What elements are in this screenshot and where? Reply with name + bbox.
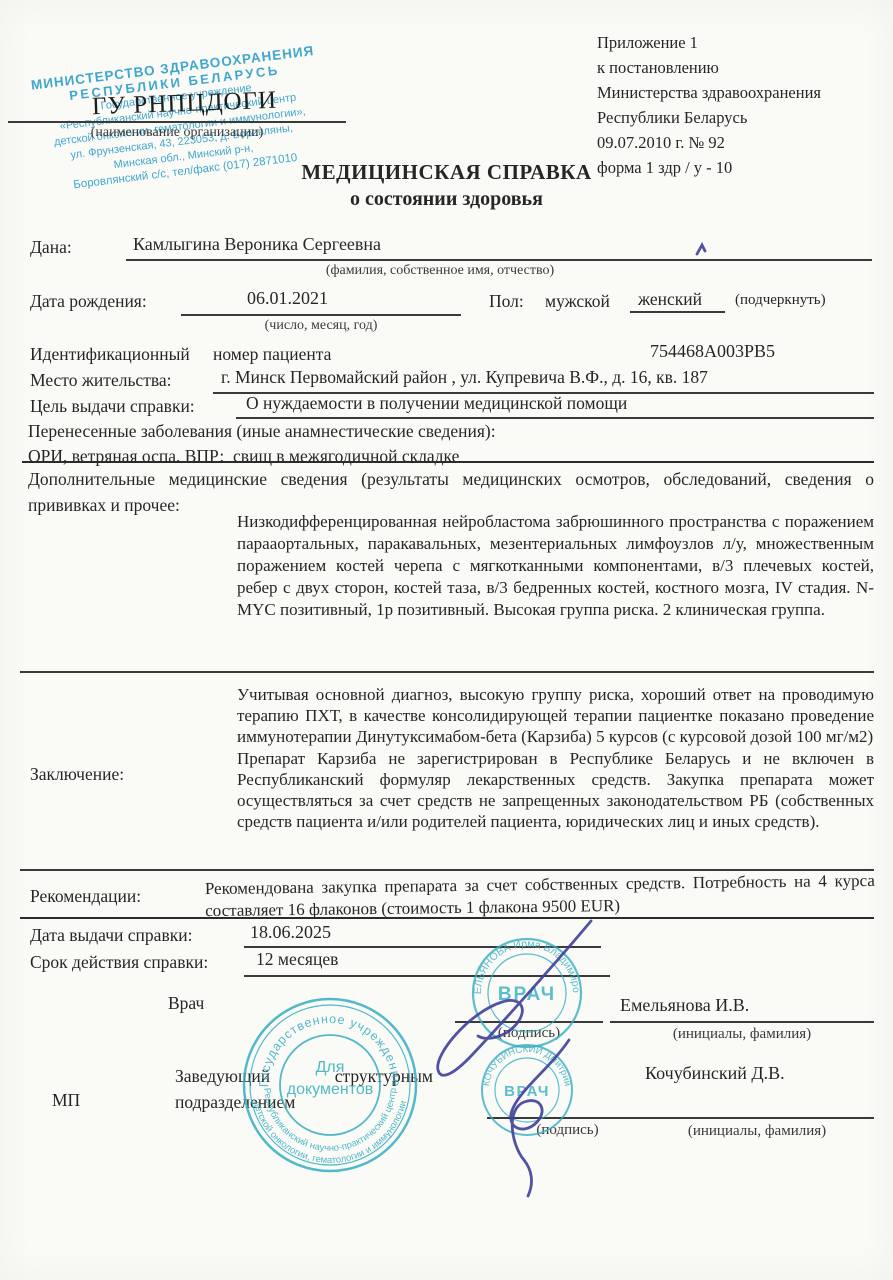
sex-female-option: женский — [638, 289, 702, 310]
section-rule-3 — [20, 917, 874, 919]
purpose-line — [236, 417, 874, 419]
patient-name-caption: (фамилия, собственное имя, отчество) — [240, 263, 640, 279]
conclusion-paragraph-1: Учитывая основной диагноз, высокую групп… — [237, 684, 874, 748]
sex-female-underline — [630, 311, 725, 313]
section-rule-1 — [20, 671, 874, 673]
patient-id-value: 754468A003PB5 — [650, 341, 775, 362]
text-line: 09.07.2010 г. № 92 — [597, 130, 821, 155]
medical-certificate-page: Приложение 1к постановлениюМинистерства … — [0, 0, 893, 1280]
head-sign-line — [487, 1117, 648, 1119]
diagnosis-text: Низкодифференцированная нейробластома за… — [237, 511, 874, 621]
issue-date-label: Дата выдачи справки: — [30, 925, 192, 946]
conclusion-label: Заключение: — [30, 764, 124, 785]
patient-name-line — [126, 259, 872, 261]
doctor-name-caption: (инициалы, фамилия) — [610, 1026, 874, 1043]
head-label: Заведующий структурным подразделением — [175, 1063, 433, 1115]
issue-date-line — [244, 946, 601, 948]
text-line: к постановлению — [597, 55, 821, 80]
organization-name-caption: (наименование организации) — [8, 125, 346, 141]
recommendations-label: Рекомендации: — [30, 886, 141, 907]
purpose-value: О нуждаемости в получении медицинской по… — [246, 393, 627, 414]
validity-value: 12 месяцев — [256, 949, 338, 970]
pen-mark — [697, 245, 705, 254]
id-label-b: номер пациента — [213, 344, 331, 365]
sex-label: Пол: — [489, 291, 524, 312]
conclusion-block: Учитывая основной диагноз, высокую групп… — [237, 684, 874, 832]
dob-label: Дата рождения: — [30, 291, 147, 312]
text-line: Республики Беларусь — [597, 105, 821, 130]
residence-label: Место жительства: — [30, 370, 172, 391]
patient-name: Камлыгина Вероника Сергеевна — [133, 234, 381, 255]
doctor-label: Врач — [168, 993, 204, 1014]
head-name-line — [640, 1117, 874, 1119]
sex-male-option: мужской — [545, 291, 610, 312]
id-label-a: Идентификационный — [30, 344, 190, 365]
document-subtitle: о состоянии здоровья — [0, 188, 893, 211]
doctor-name-line — [610, 1021, 874, 1023]
section-rule-2 — [20, 869, 874, 871]
svg-text:КОЧУБИНСКИЙ Дмитрий: КОЧУБИНСКИЙ Дмитрий — [481, 1044, 573, 1087]
purpose-label: Цель выдачи справки: — [30, 396, 195, 417]
validity-label: Срок действия справки: — [30, 952, 208, 973]
issue-date-value: 18.06.2025 — [250, 922, 331, 943]
dob-value: 06.01.2021 — [247, 288, 328, 309]
vrach-stamp-2-center: ВРАЧ — [504, 1083, 550, 1100]
given-label: Дана: — [30, 237, 72, 258]
head-sign-caption: (подпись) — [487, 1122, 648, 1139]
organization-name-line — [8, 121, 346, 123]
header-right-block: Приложение 1к постановлениюМинистерства … — [597, 30, 821, 180]
recommendations-value: Рекомендована закупка препарата за счет … — [205, 870, 875, 922]
vrach-stamp-1-center: ВРАЧ — [498, 984, 556, 1005]
dob-line — [181, 314, 461, 316]
conclusion-paragraph-2: Препарат Карзиба не зарегистрирован в Ре… — [237, 748, 874, 833]
doctor-sign-line — [455, 1021, 603, 1023]
anamnesis-value: ОРИ, ветряная оспа. ВПР: свищ в межягоди… — [28, 446, 459, 467]
doctor-sign-caption: (подпись) — [455, 1025, 603, 1042]
validity-line — [244, 975, 610, 977]
doctor-name: Емельянова И.В. — [620, 995, 749, 1016]
text-line: Министерства здравоохранения — [597, 80, 821, 105]
head-name-caption: (инициалы, фамилия) — [640, 1123, 874, 1140]
anamnesis-rule — [22, 461, 874, 463]
mp-label: МП — [52, 1090, 80, 1111]
head-name: Кочубинский Д.В. — [645, 1063, 785, 1084]
dob-caption: (число, месяц, год) — [181, 318, 461, 334]
document-title: МЕДИЦИНСКАЯ СПРАВКА — [0, 160, 893, 185]
residence-value: г. Минск Первомайский район , ул. Купрев… — [221, 367, 708, 388]
anamnesis-label: Перенесенные заболевания (иные анамнести… — [28, 421, 496, 442]
sex-caption: (подчеркнуть) — [735, 292, 826, 309]
text-line: Приложение 1 — [597, 30, 821, 55]
doctor-signature-stroke — [438, 921, 591, 1075]
vrach-stamp-2-ring-text: КОЧУБИНСКИЙ Дмитрий — [481, 1044, 573, 1087]
